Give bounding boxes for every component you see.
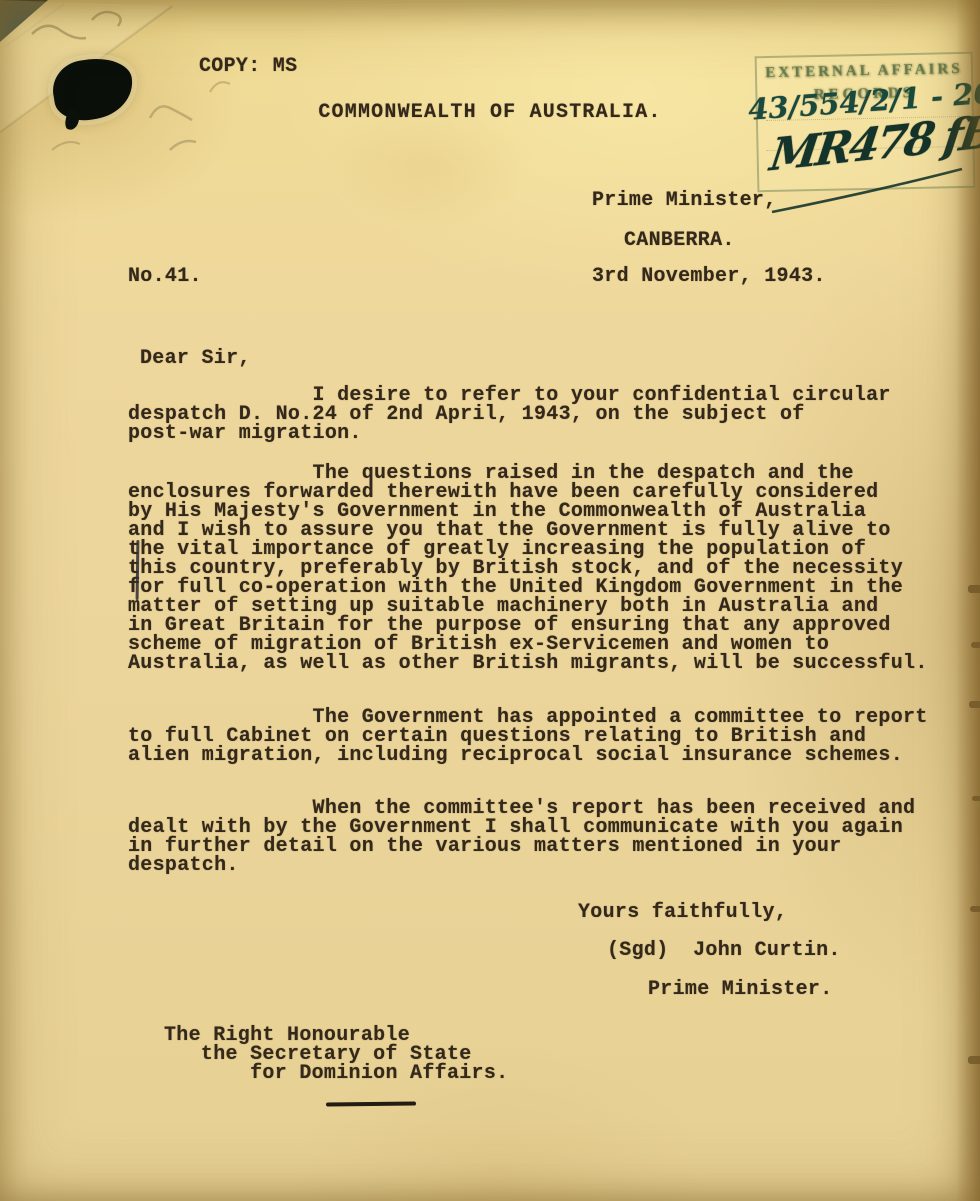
backing-surface-corner — [0, 0, 48, 42]
edge-notch — [971, 642, 980, 648]
reference-number: No.41. — [128, 267, 202, 286]
signature-title: Prime Minister. — [648, 980, 833, 999]
address-underline — [326, 1102, 416, 1107]
paragraph-4: When the committee's report has been rec… — [128, 799, 948, 875]
edge-notch — [968, 1056, 980, 1064]
paragraph-2: The questions raised in the despatch and… — [128, 464, 948, 673]
salutation: Dear Sir, — [140, 349, 251, 368]
edge-notch — [970, 906, 980, 912]
paragraph-1: I desire to refer to your confidential c… — [128, 386, 948, 443]
edge-notch — [972, 796, 980, 801]
edge-notch — [969, 701, 980, 708]
sender-title: Prime Minister, — [592, 191, 777, 210]
paragraph-3: The Government has appointed a committee… — [128, 708, 948, 765]
edge-notch — [968, 585, 980, 593]
letter-page: COPY: MS COMMONWEALTH OF AUSTRALIA. EXTE… — [0, 0, 980, 1201]
letter-date: 3rd November, 1943. — [592, 267, 826, 286]
recipient-address: The Right Honourable the Secretary of St… — [164, 1026, 684, 1083]
signature-line: (Sgd) John Curtin. — [607, 941, 841, 960]
sender-city: CANBERRA. — [624, 231, 735, 250]
valediction: Yours faithfully, — [578, 903, 787, 922]
copy-note: COPY: MS — [199, 57, 297, 76]
